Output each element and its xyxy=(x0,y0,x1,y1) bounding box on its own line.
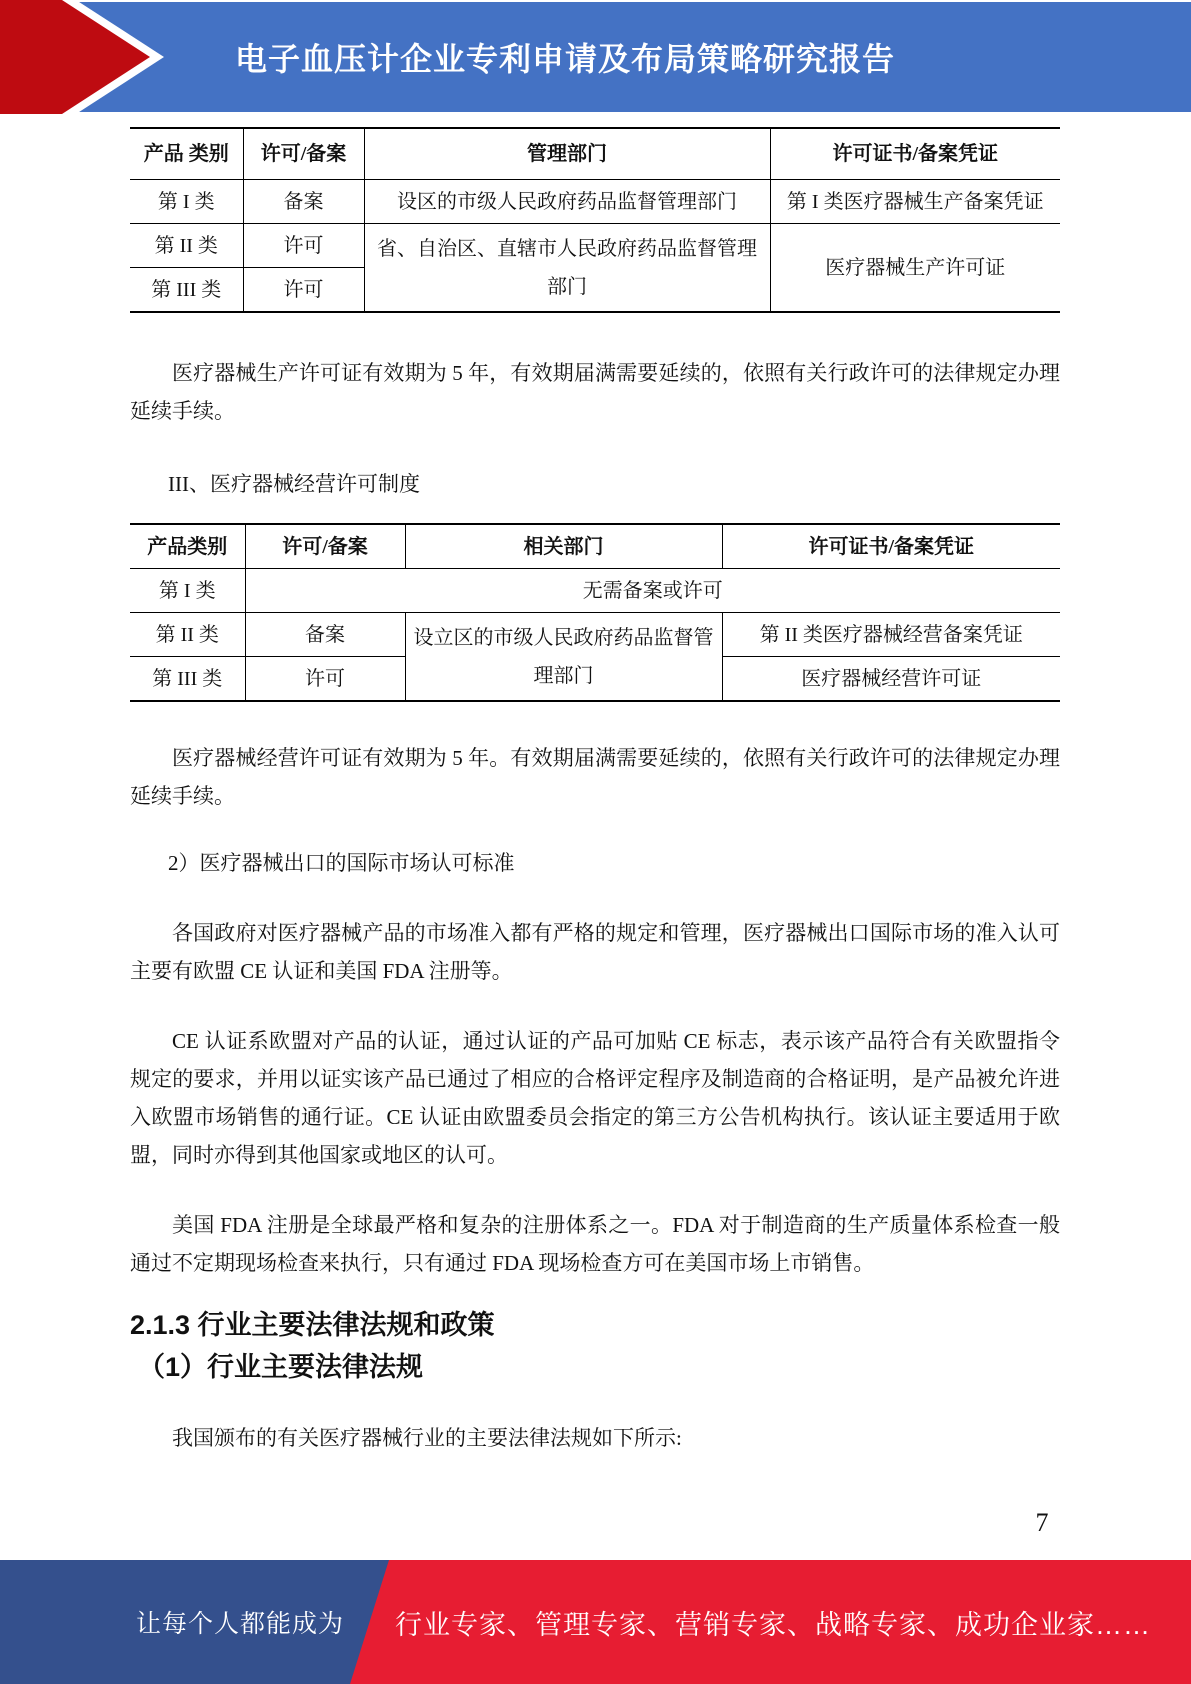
table-cell: 第 III 类 xyxy=(130,657,245,702)
page-number: 7 xyxy=(1022,1508,1062,1538)
table-cell: 设区的市级人民政府药品监督管理部门 xyxy=(364,180,770,224)
table-cell: 第 III 类 xyxy=(130,268,243,313)
table-row: 第 II 类 许可 省、自治区、直辖市人民政府药品监督管理部门 医疗器械生产许可… xyxy=(130,224,1060,268)
table-cell: 第 II 类医疗器械经营备案凭证 xyxy=(722,613,1060,657)
column-header: 许可证书/备案凭证 xyxy=(722,524,1060,569)
table-cell: 备案 xyxy=(243,180,364,224)
column-header: 许可证书/备案凭证 xyxy=(770,128,1060,180)
paragraph-ce-certification: CE 认证系欧盟对产品的认证，通过认证的产品可加贴 CE 标志，表示该产品符合有… xyxy=(130,1022,1060,1174)
table-cell: 第 I 类医疗器械生产备案凭证 xyxy=(770,180,1060,224)
footer-band: 让每个人都能成为 行业专家、管理专家、营销专家、战略专家、成功企业家…… xyxy=(0,1560,1191,1684)
document-body: 产品 类别 许可/备案 管理部门 许可证书/备案凭证 第 I 类 备案 设区的市… xyxy=(130,112,1060,1457)
table-header-row: 产品类别 许可/备案 相关部门 许可证书/备案凭证 xyxy=(130,524,1060,569)
paragraph-market-access: 各国政府对医疗器械产品的市场准入都有严格的规定和管理，医疗器械出口国际市场的准入… xyxy=(130,914,1060,990)
table-cell: 第 II 类 xyxy=(130,224,243,268)
table-cell-merged: 省、自治区、直辖市人民政府药品监督管理部门 xyxy=(364,224,770,313)
table-cell: 第 II 类 xyxy=(130,613,245,657)
paragraph-laws-intro: 我国颁布的有关医疗器械行业的主要法律法规如下所示: xyxy=(130,1419,1060,1457)
table-cell-merged: 医疗器械生产许可证 xyxy=(770,224,1060,313)
table-cell: 许可 xyxy=(245,657,405,702)
table-cell: 备案 xyxy=(245,613,405,657)
table-cell: 许可 xyxy=(243,268,364,313)
subheading-operation-license: III、医疗器械经营许可制度 xyxy=(130,465,1060,503)
operation-license-table: 产品类别 许可/备案 相关部门 许可证书/备案凭证 第 I 类 无需备案或许可 … xyxy=(130,523,1060,702)
table-row: 第 I 类 无需备案或许可 xyxy=(130,569,1060,613)
column-header: 相关部门 xyxy=(405,524,722,569)
paragraph-operation-validity: 医疗器械经营许可证有效期为 5 年。有效期届满需要延续的，依照有关行政许可的法律… xyxy=(130,739,1060,815)
subheading-export-standards: 2）医疗器械出口的国际市场认可标准 xyxy=(130,844,1060,882)
footer-slogan-right: 行业专家、管理专家、营销专家、战略专家、成功企业家…… xyxy=(395,1560,1151,1684)
table-cell-merged: 设立区的市级人民政府药品监督管理部门 xyxy=(405,613,722,702)
footer-slogan-left: 让每个人都能成为 xyxy=(120,1560,360,1684)
table-cell: 第 I 类 xyxy=(130,180,243,224)
column-header: 许可/备案 xyxy=(243,128,364,180)
production-license-table: 产品 类别 许可/备案 管理部门 许可证书/备案凭证 第 I 类 备案 设区的市… xyxy=(130,127,1060,313)
table-cell: 许可 xyxy=(243,224,364,268)
column-header: 管理部门 xyxy=(364,128,770,180)
table-header-row: 产品 类别 许可/备案 管理部门 许可证书/备案凭证 xyxy=(130,128,1060,180)
table-row: 第 I 类 备案 设区的市级人民政府药品监督管理部门 第 I 类医疗器械生产备案… xyxy=(130,180,1060,224)
section-heading-213: 2.1.3 行业主要法律法规和政策 xyxy=(130,1304,1060,1346)
paragraph-production-validity: 医疗器械生产许可证有效期为 5 年，有效期届满需要延续的，依照有关行政许可的法律… xyxy=(130,354,1060,430)
table-cell: 第 I 类 xyxy=(130,569,245,613)
page-title: 电子血压计企业专利申请及布局策略研究报告 xyxy=(170,2,960,112)
table-cell: 医疗器械经营许可证 xyxy=(722,657,1060,702)
report-page: 电子血压计企业专利申请及布局策略研究报告 产品 类别 许可/备案 管理部门 许可… xyxy=(0,0,1191,1684)
column-header: 产品 类别 xyxy=(130,128,243,180)
table-cell-merged: 无需备案或许可 xyxy=(245,569,1060,613)
table-row: 第 II 类 备案 设立区的市级人民政府药品监督管理部门 第 II 类医疗器械经… xyxy=(130,613,1060,657)
column-header: 许可/备案 xyxy=(245,524,405,569)
paragraph-fda-registration: 美国 FDA 注册是全球最严格和复杂的注册体系之一。FDA 对于制造商的生产质量… xyxy=(130,1206,1060,1282)
column-header: 产品类别 xyxy=(130,524,245,569)
subsection-heading-laws: （1）行业主要法律法规 xyxy=(130,1346,1060,1388)
